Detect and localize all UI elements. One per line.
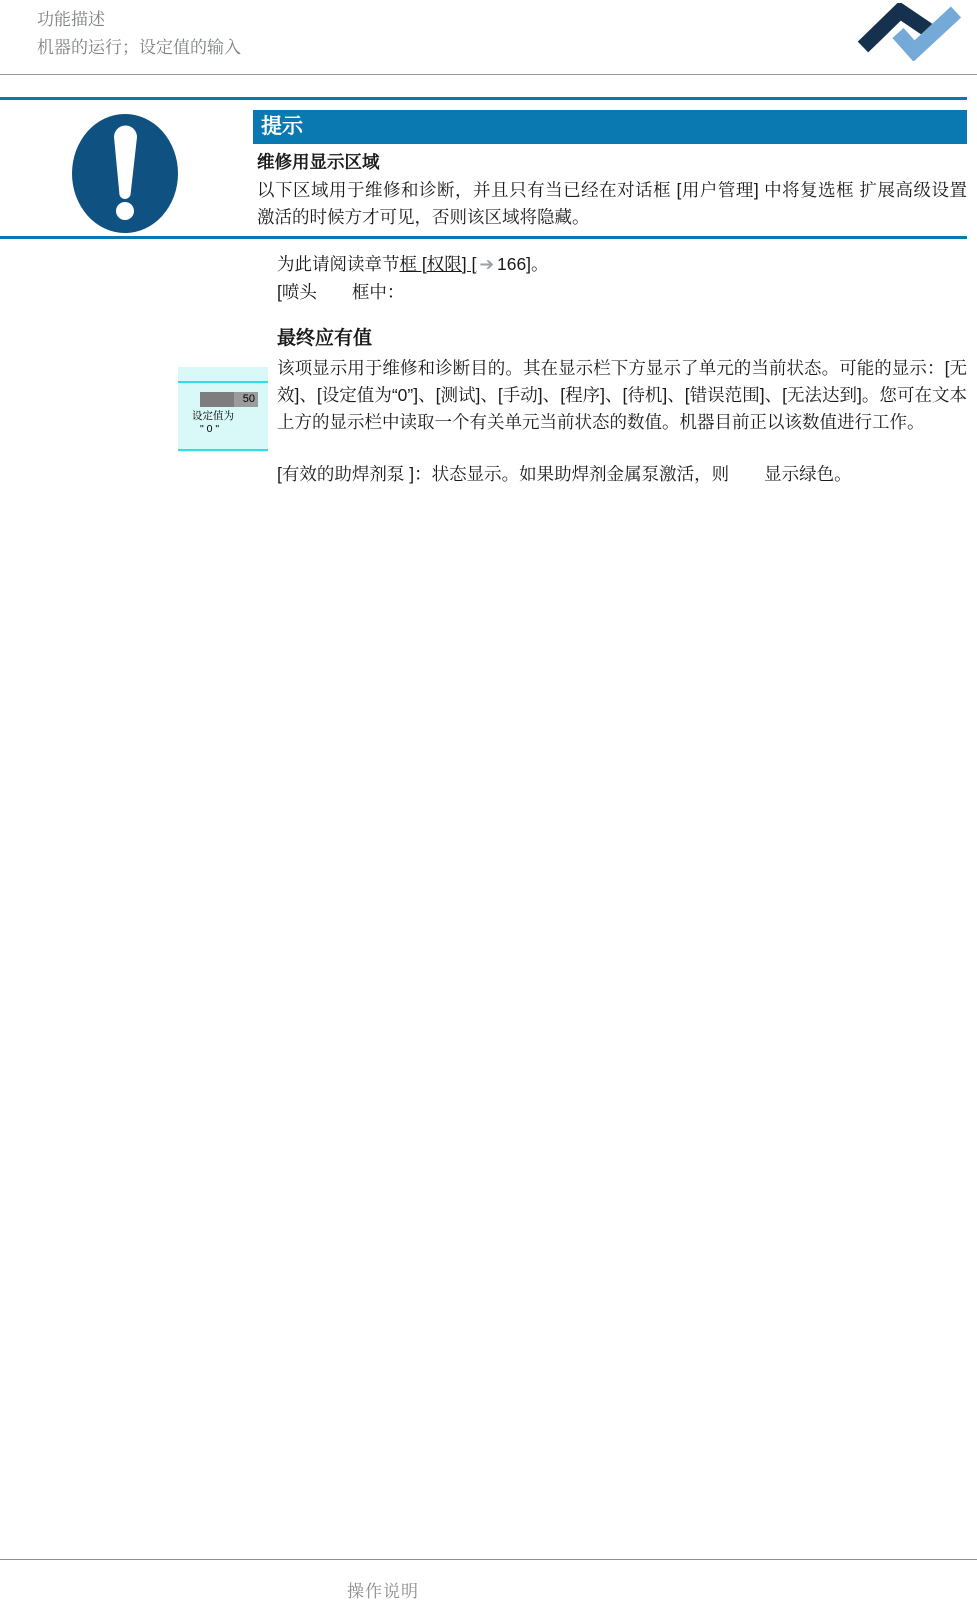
value-bar: 50: [200, 392, 258, 407]
brand-logo-icon: [853, 3, 965, 66]
permissions-chapter-link[interactable]: 框 [权限] [: [400, 254, 477, 274]
notice-body-text: 以下区域用于维修和诊断，并且只有当已经在对话框 [用户管理] 中将复选框 扩展高…: [257, 177, 967, 231]
footer-divider: [0, 1559, 977, 1560]
notice-top-rule: [0, 97, 967, 100]
header-section-title: 机器的运行；设定值的输入: [37, 36, 241, 60]
section-heading: 最终应有值: [277, 327, 372, 351]
figure-caption-line1: 设定值为: [192, 410, 234, 423]
notice-title-bar: 提示: [253, 110, 967, 144]
header-divider: [0, 74, 977, 75]
mandatory-exclamation-icon: [72, 114, 178, 238]
figure-top-line: [178, 381, 268, 383]
setpoint-display-figure: 50 设定值为 " 0 ": [178, 367, 268, 452]
value-bar-number: 50: [200, 392, 258, 407]
section-paragraph-2: [有效的助焊剂泵 ]：状态显示。如果助焊剂金属泵激活，则 显示绿色。: [277, 461, 967, 488]
section-paragraph-1: 该项显示用于维修和诊断目的。其在显示栏下方显示了单元的当前状态。可能的显示：[无…: [277, 355, 967, 436]
header-chapter-title: 功能描述: [37, 8, 105, 32]
notice-title: 提示: [253, 110, 967, 144]
footer-label: 操作说明: [347, 1577, 419, 1602]
figure-bottom-line: [178, 449, 268, 451]
notice-bottom-rule: [0, 236, 967, 239]
cross-reference-line: 为此请阅读章节框 [权限] [➔166]。: [277, 252, 549, 276]
reference-page-number: 166]。: [497, 254, 549, 274]
reference-prefix: 为此请阅读章节: [277, 254, 400, 274]
manual-page: 功能描述 机器的运行；设定值的输入 提示 维修用显示区域 以下区域用于维修和诊断…: [0, 0, 977, 1606]
notice-subtitle: 维修用显示区域: [257, 151, 380, 173]
page-reference-arrow-icon: ➔: [479, 254, 494, 274]
figure-caption-line2: " 0 ": [200, 423, 219, 436]
frame-label-line: [喷头 框中：: [277, 280, 404, 304]
